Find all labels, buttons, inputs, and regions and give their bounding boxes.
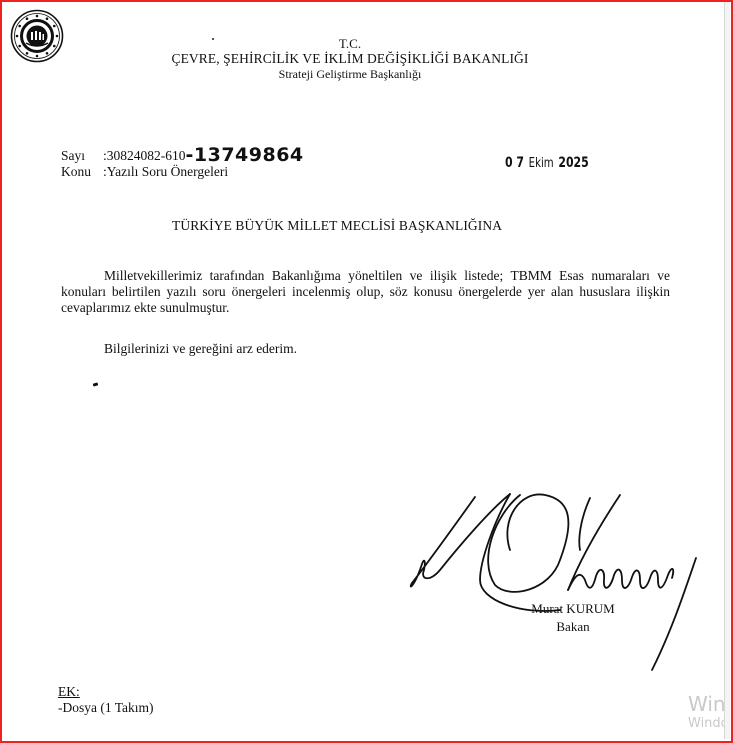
sayi-handwritten-number: -13749864 xyxy=(186,144,304,166)
attachment-item: -Dosya (1 Takım) xyxy=(58,700,154,716)
sayi-row: Sayı:30824082-610-13749864 xyxy=(61,146,304,164)
letterhead-ministry: ÇEVRE, ŞEHİRCİLİK VE İKLİM DEĞİŞİKLİĞİ B… xyxy=(150,51,550,67)
letterhead-department: Strateji Geliştirme Başkanlığı xyxy=(150,67,550,82)
konu-label: Konu xyxy=(61,164,103,180)
attachments-title: EK: xyxy=(58,684,154,700)
signature-icon xyxy=(400,480,730,680)
windows-activation-watermark: Windows Windows xyxy=(688,692,724,732)
konu-row: Konu:Yazılı Soru Önergeleri xyxy=(61,164,304,180)
date-year: 2025 xyxy=(558,155,588,171)
sayi-label: Sayı xyxy=(61,148,103,164)
signer-block: Murat KURUM Bakan xyxy=(523,600,623,636)
letterhead: T.C. ÇEVRE, ŞEHİRCİLİK VE İKLİM DEĞİŞİKL… xyxy=(150,36,550,82)
document-meta: Sayı:30824082-610-13749864 Konu:Yazılı S… xyxy=(61,146,304,180)
closing-line: Bilgilerinizi ve gereğini arz ederim. xyxy=(104,341,297,357)
signer-title: Bakan xyxy=(523,618,623,636)
letterhead-tc: T.C. xyxy=(150,36,550,51)
konu-value: :Yazılı Soru Önergeleri xyxy=(103,164,228,179)
attachments: EK: -Dosya (1 Takım) xyxy=(58,684,154,716)
date-month: Ekim xyxy=(529,156,554,171)
date-day: 0 7 xyxy=(505,155,524,171)
recipient: TÜRKİYE BÜYÜK MİLLET MECLİSİ BAŞKANLIĞIN… xyxy=(172,218,502,234)
body-paragraph: Milletvekillerimiz tarafından Bakanlığım… xyxy=(61,268,670,316)
signer-name: Murat KURUM xyxy=(523,600,623,618)
sayi-value: :30824082-610 xyxy=(103,148,186,163)
date-stamp: 0 7Ekim2025 xyxy=(505,155,593,171)
ministry-seal-icon xyxy=(10,9,64,63)
watermark-line-1: Windows xyxy=(688,692,724,716)
watermark-line-2: Windows xyxy=(688,716,724,732)
